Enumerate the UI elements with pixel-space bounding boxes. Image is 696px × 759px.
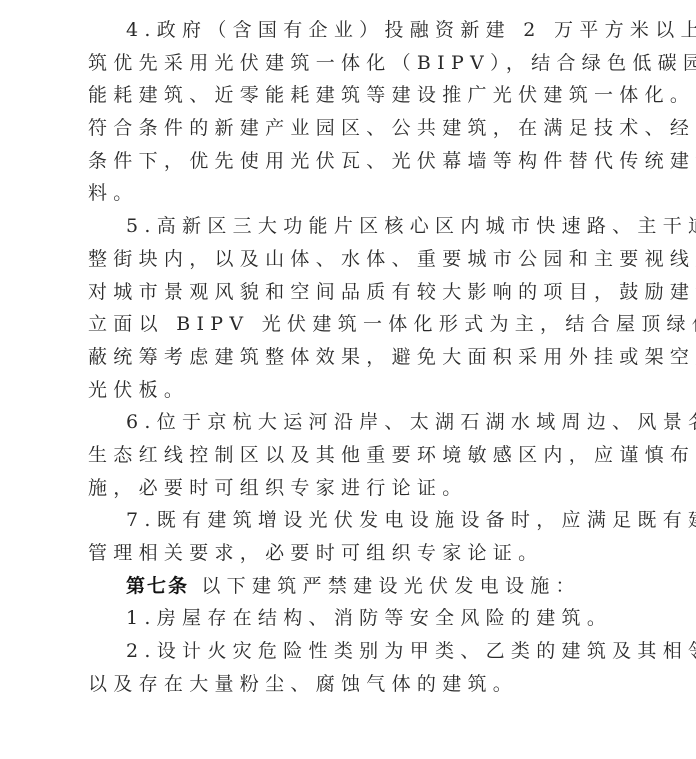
text-line: 立面以 BIPV 光伏建筑一体化形式为主，结合屋顶绿化、设备遮 — [88, 308, 598, 341]
text-line: 施，必要时可组织专家进行论证。 — [88, 472, 598, 505]
text-line: 蔽统筹考虑建筑整体效果，避免大面积采用外挂或架空敷设普通 — [88, 341, 598, 374]
paragraph-item-4: 4.政府（含国有企业）投融资新建 2 万平方米以上的公共建 筑优先采用光伏建筑一… — [88, 14, 598, 210]
text-line: 能耗建筑、近零能耗建筑等建设推广光伏建筑一体化。鼓励各类 — [88, 79, 598, 112]
paragraph-item-6: 6.位于京杭大运河沿岸、太湖石湖水域周边、风景名胜区、 生态红线控制区以及其他重… — [88, 406, 598, 504]
text-line: 1.房屋存在结构、消防等安全风险的建筑。 — [88, 602, 598, 635]
text-line: 以及存在大量粉尘、腐蚀气体的建筑。 — [88, 668, 598, 701]
paragraph-item-7: 7.既有建筑增设光伏发电设施设备时，应满足既有建筑安全 管理相关要求，必要时可组… — [88, 504, 598, 569]
text-line: 对城市景观风貌和空间品质有较大影响的项目，鼓励建筑屋顶和 — [88, 276, 598, 309]
text-line: 生态红线控制区以及其他重要环境敏感区内，应谨慎布置光伏设 — [88, 439, 598, 472]
text-line: 符合条件的新建产业园区、公共建筑，在满足技术、经济性能等 — [88, 112, 598, 145]
text-line: 管理相关要求，必要时可组织专家论证。 — [88, 537, 598, 570]
paragraph-item-5: 5.高新区三大功能片区核心区内城市快速路、主干道两侧完 整街块内，以及山体、水体… — [88, 210, 598, 406]
document-page: 4.政府（含国有企业）投融资新建 2 万平方米以上的公共建 筑优先采用光伏建筑一… — [88, 14, 598, 700]
text-line: 第七条 以下建筑严禁建设光伏发电设施： — [88, 570, 598, 603]
text-line: 光伏板。 — [88, 374, 598, 407]
article-intro-text: 以下建筑严禁建设光伏发电设施： — [189, 575, 581, 597]
paragraph-article-7-item-2: 2.设计火灾危险性类别为甲类、乙类的建筑及其相邻的建筑， 以及存在大量粉尘、腐蚀… — [88, 635, 598, 700]
text-line: 条件下，优先使用光伏瓦、光伏幕墙等构件替代传统建筑装饰材 — [88, 145, 598, 178]
text-line: 料。 — [88, 177, 598, 210]
text-line: 2.设计火灾危险性类别为甲类、乙类的建筑及其相邻的建筑， — [88, 635, 598, 668]
article-heading: 第七条 — [126, 575, 189, 597]
paragraph-article-7-item-1: 1.房屋存在结构、消防等安全风险的建筑。 — [88, 602, 598, 635]
text-line: 整街块内，以及山体、水体、重要城市公园和主要视线廊道周边， — [88, 243, 598, 276]
text-line: 6.位于京杭大运河沿岸、太湖石湖水域周边、风景名胜区、 — [88, 406, 598, 439]
article-7-heading-paragraph: 第七条 以下建筑严禁建设光伏发电设施： — [88, 570, 598, 603]
text-line: 5.高新区三大功能片区核心区内城市快速路、主干道两侧完 — [88, 210, 598, 243]
text-line: 筑优先采用光伏建筑一体化（BIPV），结合绿色低碳园区、超低 — [88, 47, 598, 80]
text-line: 4.政府（含国有企业）投融资新建 2 万平方米以上的公共建 — [88, 14, 598, 47]
text-line: 7.既有建筑增设光伏发电设施设备时，应满足既有建筑安全 — [88, 504, 598, 537]
